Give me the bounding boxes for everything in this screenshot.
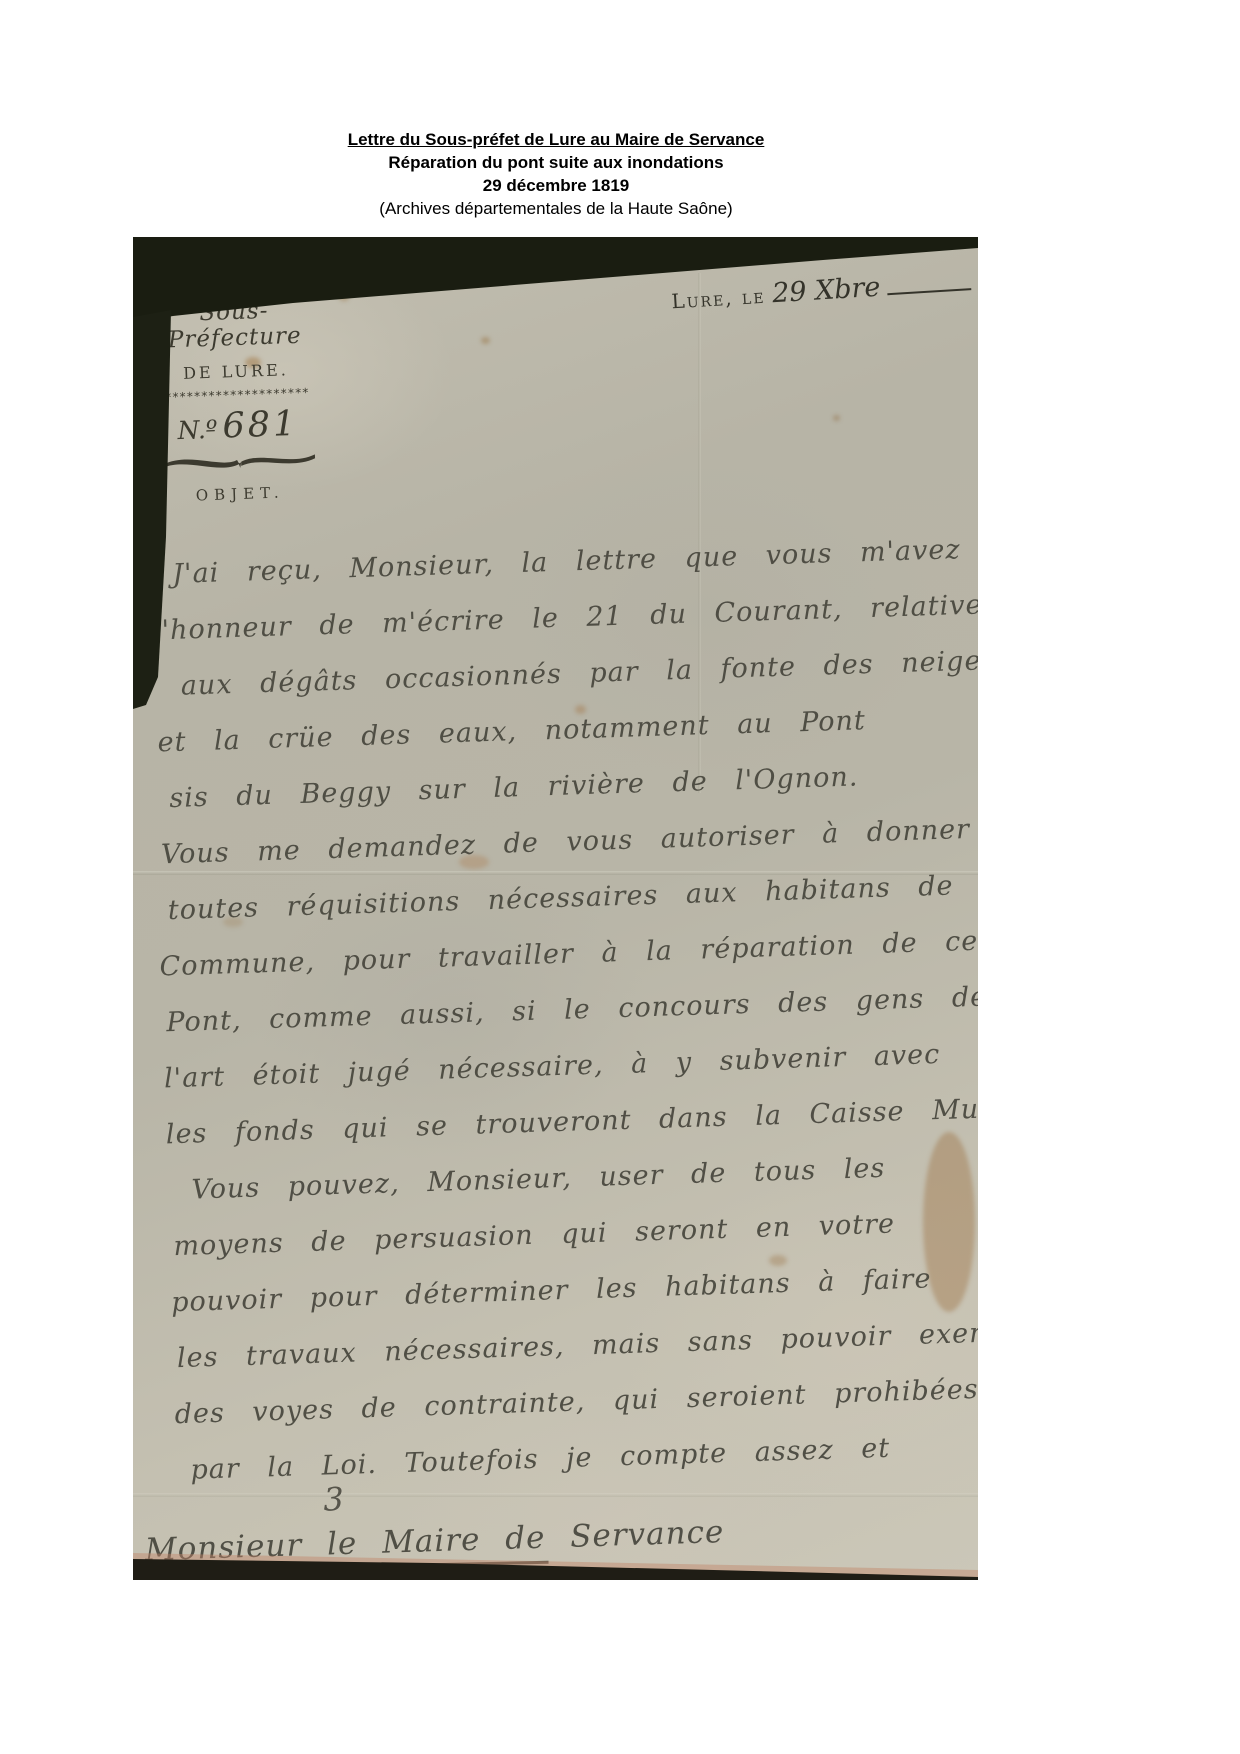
handwritten-line: J'ai reçu, Monsieur, la lettre que vous … — [172, 532, 978, 590]
handwritten-line: sis du Beggy sur la rivière de l'Ognon. — [169, 761, 859, 814]
handwritten-line: les fonds qui se trouveront dans la Cais… — [165, 1090, 978, 1150]
handwritten-line: moyens de persuasion qui seront en votre — [173, 1208, 896, 1262]
handwritten-line: l'honneur de m'écrire le 21 du Courant, … — [152, 587, 978, 646]
caption-title: Lettre du Sous-préfet de Lure au Maire d… — [131, 128, 981, 151]
handwritten-line: l'art étoit jugé nécessaire, à y subveni… — [164, 1039, 941, 1094]
handwritten-line: toutes réquisitions nécessaires aux habi… — [167, 867, 978, 926]
closing-address: Monsieur le Maire de Servance — [144, 1514, 724, 1568]
handwritten-line: aux dégâts occasionnés par la fonte des … — [180, 645, 978, 702]
caption-subtitle: Réparation du pont suite aux inondations — [131, 151, 981, 174]
handwritten-line: Vous me demandez de vous autoriser à don… — [161, 814, 971, 870]
handwritten-line: par la Loi. Toutefois je compte assez et — [190, 1433, 891, 1486]
handwritten-line: les travaux nécessaires, mais sans pouvo… — [176, 1316, 978, 1374]
handwritten-line: Pont, comme aussi, si le concours des ge… — [166, 981, 978, 1038]
caption-block: Lettre du Sous-préfet de Lure au Maire d… — [131, 128, 981, 220]
letter-photo: Sous-Préfecture DE LURE. ***************… — [133, 237, 978, 1580]
handwritten-line: et la crüe des eaux, notamment au Pont — [157, 705, 866, 758]
caption-source: (Archives départementales de la Haute Sa… — [131, 197, 981, 220]
caption-date: 29 décembre 1819 — [131, 174, 981, 197]
letter-body: J'ai reçu, Monsieur, la lettre que vous … — [133, 237, 978, 1580]
document-page: Lettre du Sous-préfet de Lure au Maire d… — [0, 0, 1240, 1754]
handwritten-line: Commune, pour travailler à la réparation… — [159, 926, 978, 983]
page-mark: 3 — [323, 1480, 345, 1519]
closing-underline-stroke — [314, 1561, 549, 1569]
handwritten-line: des voyes de contrainte, qui seroient pr… — [174, 1374, 978, 1430]
handwritten-line: Vous pouvez, Monsieur, user de tous les — [191, 1153, 886, 1206]
handwritten-line: pouvoir pour déterminer les habitans à f… — [171, 1263, 932, 1318]
